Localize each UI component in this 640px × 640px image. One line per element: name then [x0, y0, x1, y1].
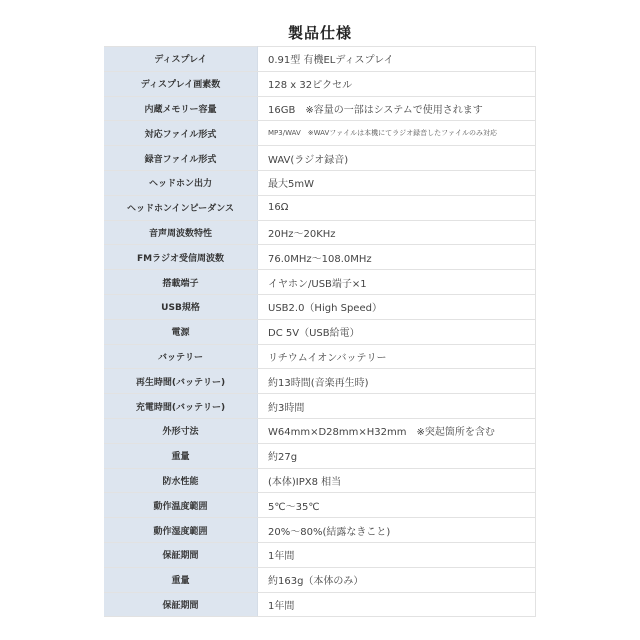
spec-value: 1年間 [258, 592, 536, 617]
spec-label: 充電時間(バッテリー) [104, 394, 258, 419]
table-row: 対応ファイル形式MP3/WAV ※WAVファイルは本機にてラジオ録音したファイル… [104, 121, 536, 146]
spec-label: 対応ファイル形式 [104, 121, 258, 146]
spec-label: 搭載端子 [104, 270, 258, 295]
table-row: 音声周波数特性20Hz～20KHz [104, 220, 536, 245]
table-row: 内蔵メモリー容量16GB ※容量の一部はシステムで使用されます [104, 96, 536, 121]
table-row: ディスプレイ0.91型 有機ELディスプレイ [104, 47, 536, 72]
spec-label: 保証期間 [104, 542, 258, 567]
spec-value: 最大5mW [258, 170, 536, 195]
spec-label: 重量 [104, 567, 258, 592]
spec-value: 16GB ※容量の一部はシステムで使用されます [258, 96, 536, 121]
spec-table-body: ディスプレイ0.91型 有機ELディスプレイ ディスプレイ画素数128 x 32… [104, 47, 536, 617]
table-row: 録音ファイル形式WAV(ラジオ録音) [104, 146, 536, 171]
spec-label: ディスプレイ画素数 [104, 71, 258, 96]
spec-value: DC 5V（USB給電） [258, 319, 536, 344]
table-row: 動作温度範囲5℃～35℃ [104, 493, 536, 518]
spec-value: イヤホン/USB端子×1 [258, 270, 536, 295]
spec-value: 0.91型 有機ELディスプレイ [258, 47, 536, 72]
spec-label: 動作湿度範囲 [104, 518, 258, 543]
spec-label: ディスプレイ [104, 47, 258, 72]
spec-label: ヘッドホン出力 [104, 170, 258, 195]
spec-value: 約27g [258, 443, 536, 468]
spec-value: リチウムイオンバッテリー [258, 344, 536, 369]
table-row: 充電時間(バッテリー)約3時間 [104, 394, 536, 419]
spec-label: 動作温度範囲 [104, 493, 258, 518]
spec-value: 16Ω [258, 195, 536, 220]
spec-value: USB2.0（High Speed） [258, 294, 536, 319]
spec-label: FMラジオ受信周波数 [104, 245, 258, 270]
table-row: ヘッドホン出力最大5mW [104, 170, 536, 195]
page-title: 製品仕様 [0, 22, 640, 43]
table-row: 外形寸法W64mm×D28mm×H32mm ※突起箇所を含む [104, 418, 536, 443]
table-row: バッテリーリチウムイオンバッテリー [104, 344, 536, 369]
spec-label: 音声周波数特性 [104, 220, 258, 245]
table-row: 動作湿度範囲20%～80%(結露なきこと) [104, 518, 536, 543]
spec-value: (本体)IPX8 相当 [258, 468, 536, 493]
spec-label: バッテリー [104, 344, 258, 369]
spec-value: 20Hz～20KHz [258, 220, 536, 245]
table-row: FMラジオ受信周波数76.0MHz～108.0MHz [104, 245, 536, 270]
table-row: 再生時間(バッテリー)約13時間(音楽再生時) [104, 369, 536, 394]
table-row: 保証期間1年間 [104, 542, 536, 567]
table-row: ディスプレイ画素数128 x 32ピクセル [104, 71, 536, 96]
spec-label: 電源 [104, 319, 258, 344]
table-row: 防水性能(本体)IPX8 相当 [104, 468, 536, 493]
spec-value: W64mm×D28mm×H32mm ※突起箇所を含む [258, 418, 536, 443]
spec-value: 約3時間 [258, 394, 536, 419]
spec-label: 再生時間(バッテリー) [104, 369, 258, 394]
table-row: 電源DC 5V（USB給電） [104, 319, 536, 344]
spec-table: ディスプレイ0.91型 有機ELディスプレイ ディスプレイ画素数128 x 32… [104, 46, 536, 617]
spec-value: 5℃～35℃ [258, 493, 536, 518]
spec-value: 76.0MHz～108.0MHz [258, 245, 536, 270]
spec-value: 1年間 [258, 542, 536, 567]
spec-label: 内蔵メモリー容量 [104, 96, 258, 121]
spec-label: 重量 [104, 443, 258, 468]
table-row: ヘッドホンインピーダンス16Ω [104, 195, 536, 220]
spec-label: USB規格 [104, 294, 258, 319]
spec-value: 約13時間(音楽再生時) [258, 369, 536, 394]
table-row: 重量約27g [104, 443, 536, 468]
table-row: 重量約163g（本体のみ） [104, 567, 536, 592]
spec-value: 約163g（本体のみ） [258, 567, 536, 592]
table-row: 搭載端子イヤホン/USB端子×1 [104, 270, 536, 295]
spec-value: MP3/WAV ※WAVファイルは本機にてラジオ録音したファイルのみ対応 [258, 121, 536, 146]
spec-label: 防水性能 [104, 468, 258, 493]
spec-label: 保証期間 [104, 592, 258, 617]
table-row: USB規格USB2.0（High Speed） [104, 294, 536, 319]
spec-value: 128 x 32ピクセル [258, 71, 536, 96]
spec-label: ヘッドホンインピーダンス [104, 195, 258, 220]
table-row: 保証期間1年間 [104, 592, 536, 617]
spec-label: 録音ファイル形式 [104, 146, 258, 171]
spec-label: 外形寸法 [104, 418, 258, 443]
spec-value: 20%～80%(結露なきこと) [258, 518, 536, 543]
spec-value: WAV(ラジオ録音) [258, 146, 536, 171]
